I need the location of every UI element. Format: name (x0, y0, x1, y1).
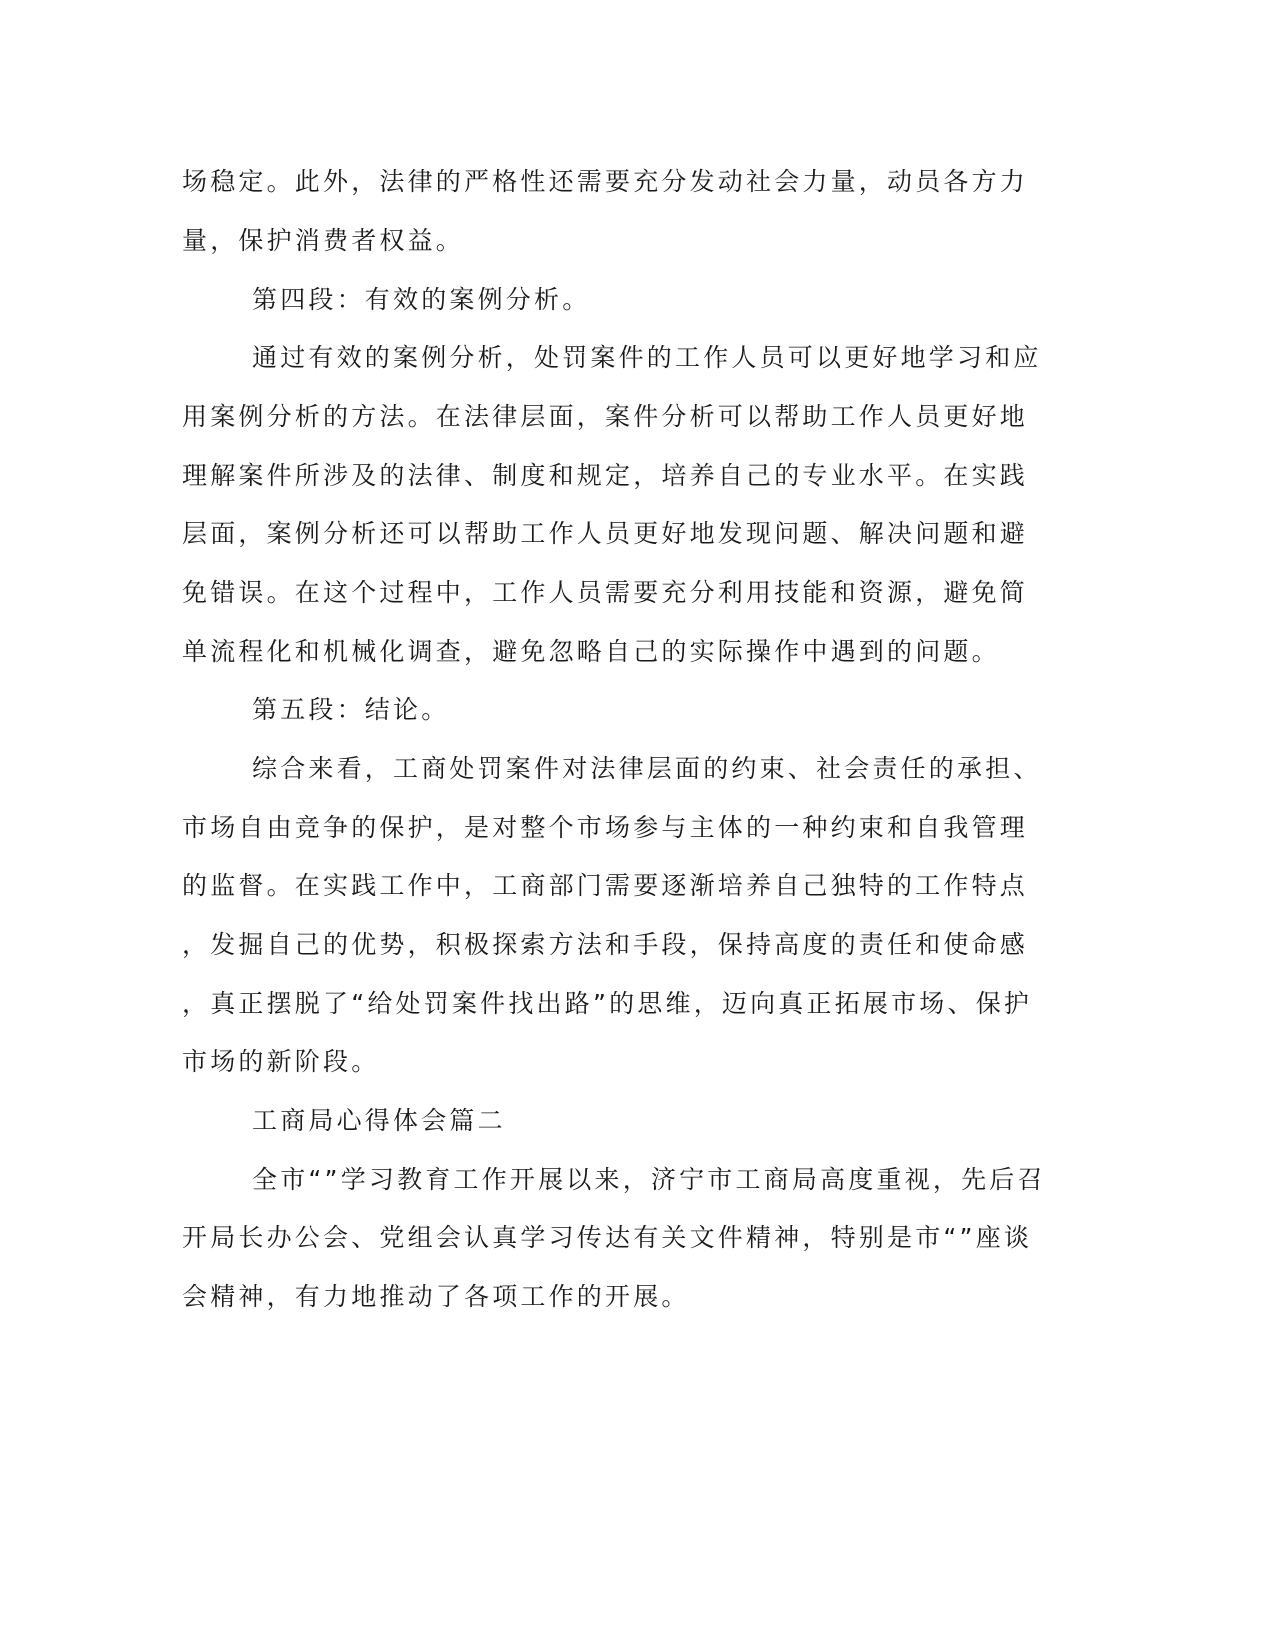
paragraph-line: 免错误。在这个过程中，工作人员需要充分利用技能和资源，避免简 (182, 577, 1028, 609)
section-heading-4: 第四段：有效的案例分析。 (252, 284, 590, 316)
paragraph-line: 单流程化和机械化调查，避免忽略自己的实际操作中遇到的问题。 (182, 636, 1000, 668)
section-heading-5: 第五段：结论。 (252, 694, 449, 726)
article-title-part-two: 工商局心得体会篇二 (252, 1105, 506, 1137)
paragraph-line: 用案例分析的方法。在法律层面，案件分析可以帮助工作人员更好地 (182, 401, 1028, 433)
paragraph-line: ，真正摆脱了“给处罚案件找出路”的思维，迈向真正拓展市场、保护 (182, 988, 1032, 1020)
document-page: 场稳定。此外，法律的严格性还需要充分发动社会力量，动员各方力 量，保护消费者权益… (0, 0, 1275, 1650)
paragraph-line: 场稳定。此外，法律的严格性还需要充分发动社会力量，动员各方力 (182, 166, 1028, 198)
paragraph-line: 通过有效的案例分析，处罚案件的工作人员可以更好地学习和应 (252, 342, 1042, 374)
paragraph-line: 开局长办公会、党组会认真学习传达有关文件精神，特别是市“”座谈 (182, 1222, 1032, 1254)
paragraph-line: 市场的新阶段。 (182, 1046, 379, 1078)
paragraph-line: 层面，案例分析还可以帮助工作人员更好地发现问题、解决问题和避 (182, 518, 1028, 550)
paragraph-line: ，发掘自己的优势，积极探索方法和手段，保持高度的责任和使命感 (182, 929, 1028, 961)
paragraph-line: 的监督。在实践工作中，工商部门需要逐渐培养自己独特的工作特点 (182, 870, 1028, 902)
paragraph-line: 会精神，有力地推动了各项工作的开展。 (182, 1281, 690, 1313)
paragraph-line: 市场自由竞争的保护，是对整个市场参与主体的一种约束和自我管理 (182, 812, 1028, 844)
paragraph-line: 综合来看，工商处罚案件对法律层面的约束、社会责任的承担、 (252, 753, 1042, 785)
paragraph-line: 全市“”学习教育工作开展以来，济宁市工商局高度重视，先后召 (252, 1164, 1046, 1196)
paragraph-line: 量，保护消费者权益。 (182, 225, 464, 257)
paragraph-line: 理解案件所涉及的法律、制度和规定，培养自己的专业水平。在实践 (182, 460, 1028, 492)
